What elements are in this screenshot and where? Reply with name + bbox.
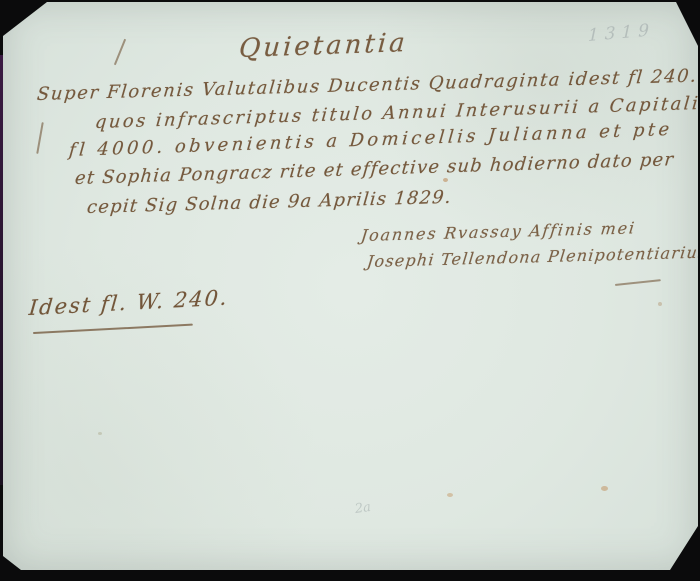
signature-line: Josephi Tellendona Plenipotentiarius — [366, 242, 700, 271]
margin-stroke — [114, 39, 126, 66]
foxing-spot — [658, 302, 662, 306]
foxing-spot — [443, 178, 448, 182]
pencil-note: 2a — [354, 500, 372, 517]
foxing-spot — [447, 493, 453, 497]
foxing-spot — [601, 486, 608, 491]
document-scan: 1319 Quietantia Super Florenis Valutalib… — [0, 0, 700, 581]
body-line: cepit Sig Solna die 9a Aprilis 1829. — [86, 187, 453, 218]
paper-sheet: 1319 Quietantia Super Florenis Valutalib… — [3, 2, 698, 570]
signature-line: Joannes Rvassay Affinis mei — [360, 218, 637, 245]
archival-number: 1319 — [588, 20, 655, 46]
foxing-spot — [98, 432, 102, 435]
document-title: Quietantia — [238, 28, 409, 64]
margin-stroke — [36, 122, 44, 154]
signature-flourish — [615, 279, 661, 286]
sum-confirmation: Idest fl. W. 240. — [28, 285, 230, 320]
sum-underline — [33, 324, 193, 334]
